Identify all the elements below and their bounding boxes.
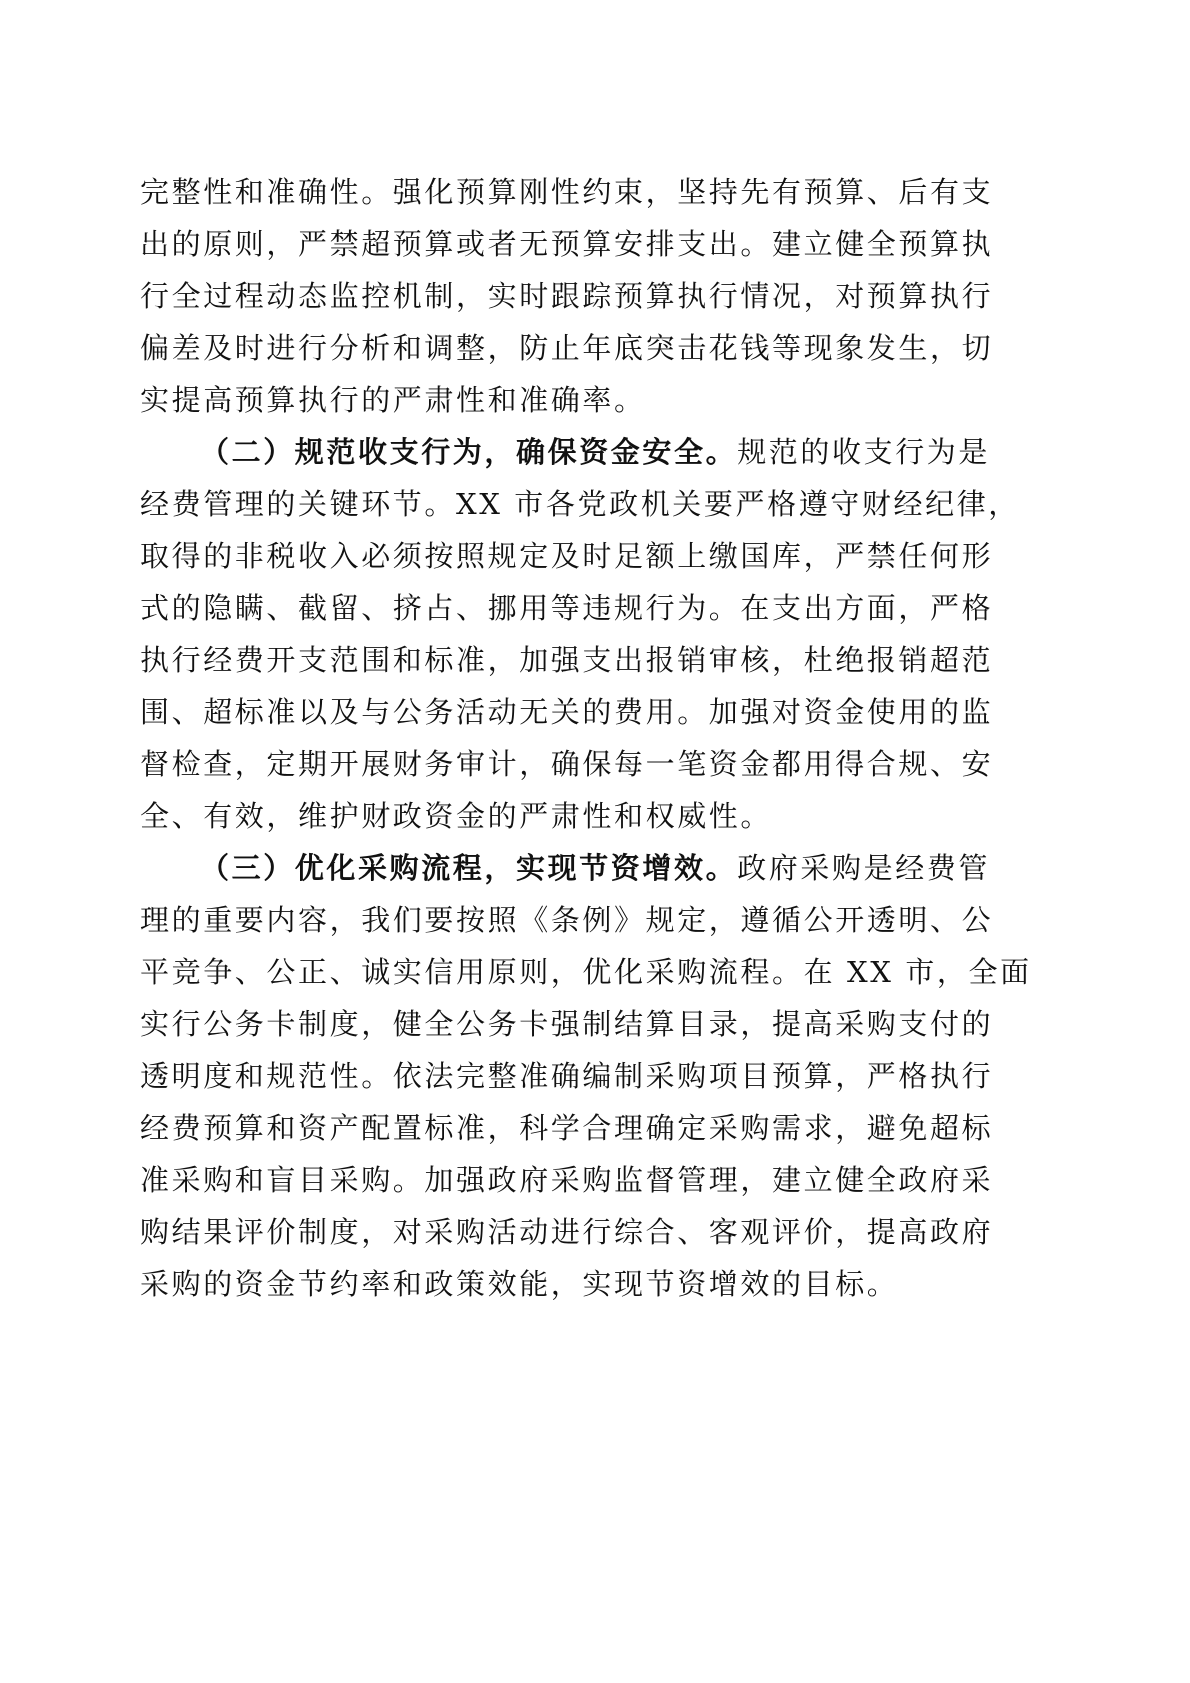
section-heading: （二）规范收支行为，确保资金安全。 [200,435,737,469]
text-line: 实提高预算执行的严肃性和准确率。 [140,374,970,426]
text-line: 行全过程动态监控机制，实时跟踪预算执行情况，对预算执行 [140,270,970,322]
text-line: 准采购和盲目采购。加强政府采购监督管理，建立健全政府采 [140,1154,970,1206]
paragraph-budget-execution: 完整性和准确性。强化预算刚性约束，坚持先有预算、后有支 出的原则，严禁超预算或者… [140,166,970,426]
text-line: 全、有效，维护财政资金的严肃性和权威性。 [140,790,970,842]
text-line: 实行公务卡制度，健全公务卡强制结算目录，提高采购支付的 [140,998,970,1050]
text-line: 采购的资金节约率和政策效能，实现节资增效的目标。 [140,1258,970,1310]
text-line: 取得的非税收入必须按照规定及时足额上缴国库，严禁任何形 [140,530,970,582]
document-page: 完整性和准确性。强化预算刚性约束，坚持先有预算、后有支 出的原则，严禁超预算或者… [0,0,1190,1683]
text-line: 理的重要内容，我们要按照《条例》规定，遵循公开透明、公 [140,894,970,946]
section-heading: （三）优化采购流程，实现节资增效。 [200,851,737,885]
section-heading-line: （二）规范收支行为，确保资金安全。规范的收支行为是 [140,426,970,478]
section-heading-line: （三）优化采购流程，实现节资增效。政府采购是经费管 [140,842,970,894]
text-line: 经费预算和资产配置标准，科学合理确定采购需求，避免超标 [140,1102,970,1154]
text-line: 购结果评价制度，对采购活动进行综合、客观评价，提高政府 [140,1206,970,1258]
text-line: 经费管理的关键环节。XX 市各党政机关要严格遵守财经纪律， [140,478,970,530]
text-run: 规范的收支行为是 [737,435,990,469]
text-line: 执行经费开支范围和标准，加强支出报销审核，杜绝报销超范 [140,634,970,686]
text-run: 政府采购是经费管 [737,851,990,885]
text-line: 平竞争、公正、诚实信用原则，优化采购流程。在 XX 市，全面 [140,946,970,998]
text-line: 透明度和规范性。依法完整准确编制采购项目预算，严格执行 [140,1050,970,1102]
paragraph-section-3: （三）优化采购流程，实现节资增效。政府采购是经费管 理的重要内容，我们要按照《条… [140,842,970,1310]
text-line: 出的原则，严禁超预算或者无预算安排支出。建立健全预算执 [140,218,970,270]
text-line: 偏差及时进行分析和调整，防止年底突击花钱等现象发生，切 [140,322,970,374]
text-line: 完整性和准确性。强化预算刚性约束，坚持先有预算、后有支 [140,166,970,218]
text-line: 督检查，定期开展财务审计，确保每一笔资金都用得合规、安 [140,738,970,790]
paragraph-section-2: （二）规范收支行为，确保资金安全。规范的收支行为是 经费管理的关键环节。XX 市… [140,426,970,842]
text-line: 围、超标准以及与公务活动无关的费用。加强对资金使用的监 [140,686,970,738]
text-line: 式的隐瞒、截留、挤占、挪用等违规行为。在支出方面，严格 [140,582,970,634]
document-body: 完整性和准确性。强化预算刚性约束，坚持先有预算、后有支 出的原则，严禁超预算或者… [140,166,970,1310]
